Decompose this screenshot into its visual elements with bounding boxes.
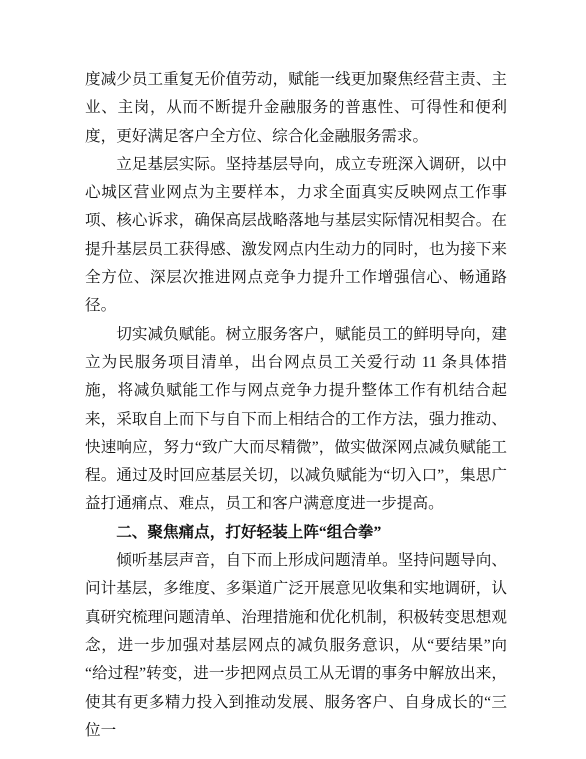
document-content: 度减少员工重复无价值劳动，赋能一线更加聚焦经营主责、主业、主岗，从而不断提升金融… xyxy=(85,66,507,745)
document-page: 度减少员工重复无价值劳动，赋能一线更加聚焦经营主责、主业、主岗，从而不断提升金融… xyxy=(0,0,586,759)
paragraph-1: 度减少员工重复无价值劳动，赋能一线更加聚焦经营主责、主业、主岗，从而不断提升金融… xyxy=(85,66,507,151)
paragraph-2: 立足基层实际。坚持基层导向，成立专班深入调研，以中心城区营业网点为主要样本，力求… xyxy=(85,151,507,321)
paragraph-3: 切实减负赋能。树立服务客户，赋能员工的鲜明导向，建立为民服务项目清单，出台网点员… xyxy=(85,321,507,519)
section-heading: 二、聚焦痛点，打好轻装上阵“组合拳” xyxy=(85,519,507,547)
paragraph-4: 倾听基层声音，自下而上形成问题清单。坚持问题导向、问计基层，多维度、多渠道广泛开… xyxy=(85,547,507,745)
